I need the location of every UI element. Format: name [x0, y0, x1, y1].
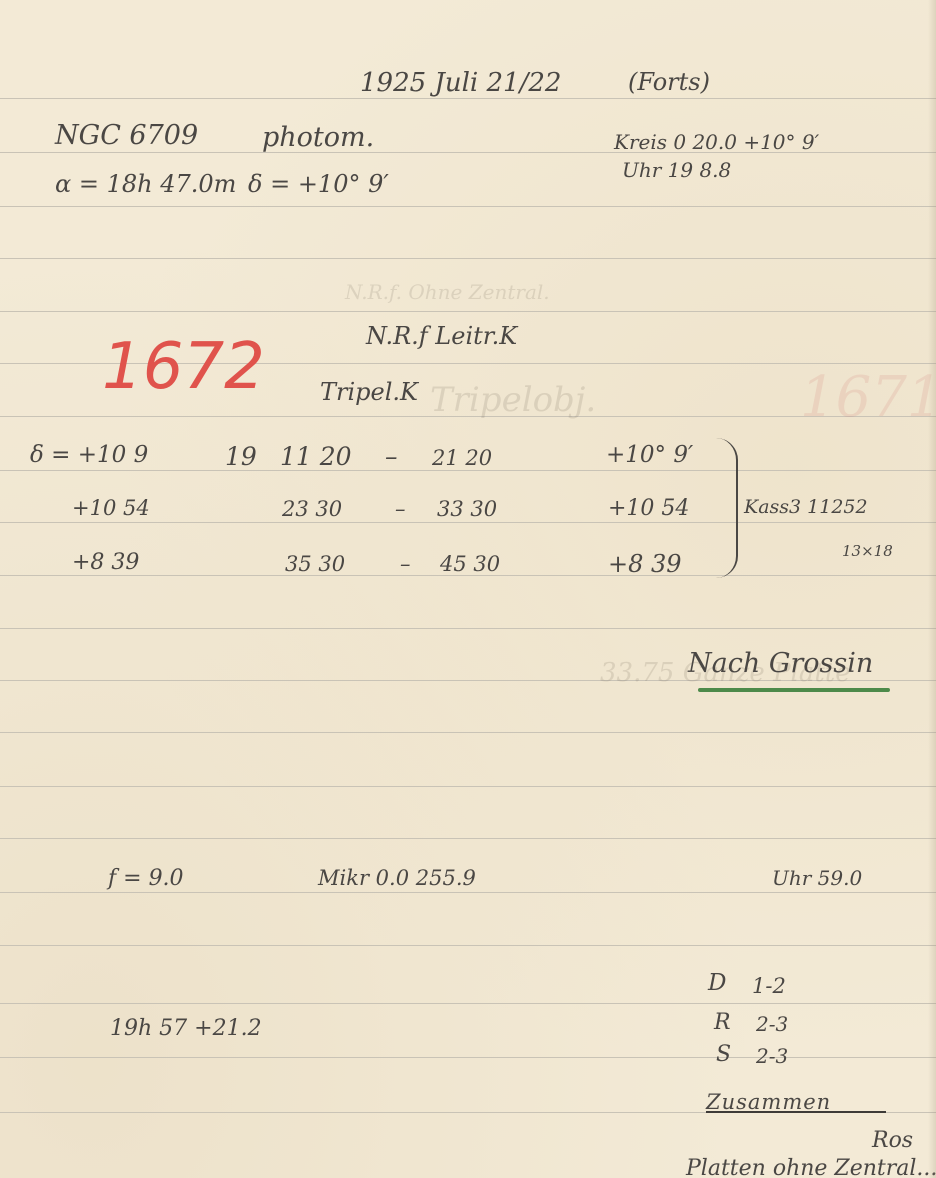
uhr-setting: Uhr 19 8.8	[622, 158, 731, 182]
underline	[706, 1111, 886, 1113]
declination: δ = +10° 9′	[248, 170, 389, 198]
note-nach-grossin: Nach Grossin	[688, 648, 873, 679]
exposure-setting: +10 54	[608, 496, 689, 521]
plate-setup-line: N.R.f Leitr.K	[366, 322, 517, 350]
exposure-setting: +10° 9′	[606, 442, 693, 468]
ruled-line	[0, 311, 936, 312]
ruled-line	[0, 838, 936, 839]
exposure-end: 33 30	[437, 497, 497, 521]
grouping-brace	[712, 438, 738, 578]
observer-initials: Ros	[872, 1128, 913, 1153]
bleed-through-text: Tripelobj.	[430, 380, 596, 420]
kreis-setting: Kreis 0 20.0 +10° 9′	[614, 130, 819, 154]
ruled-line	[0, 892, 936, 893]
observer-note: (Forts)	[628, 68, 710, 96]
ruled-line	[0, 945, 936, 946]
object-name: NGC 6709	[55, 120, 198, 151]
exposure-declination: +8 39	[72, 550, 139, 575]
time-entry: 19h 57 +21.2	[110, 1016, 262, 1041]
exposure-start: 11 20	[280, 442, 352, 471]
ruled-line	[0, 470, 936, 471]
plate-size: 13×18	[842, 542, 893, 560]
exposure-end: 45 30	[440, 552, 500, 576]
cassette-label: Kass3 11252	[744, 496, 868, 518]
micrometer-reading: Mikr 0.0 255.9	[318, 866, 476, 890]
quality-label: D	[708, 970, 726, 996]
right-ascension: α = 18h 47.0m	[55, 170, 236, 198]
logbook-page: N.R.f. Ohne Zentral. Tripelobj. 1671 33.…	[0, 0, 936, 1178]
exposure-start: 23 30	[282, 497, 342, 521]
bleed-through-number: 1671	[800, 365, 936, 430]
quality-value: 2-3	[756, 1012, 788, 1036]
quality-label: R	[714, 1010, 731, 1035]
quality-value: 2-3	[756, 1044, 788, 1068]
ruled-line	[0, 206, 936, 207]
ruled-line	[0, 732, 936, 733]
ruled-line	[0, 1003, 936, 1004]
exposure-end: 21 20	[432, 446, 492, 470]
clock-reading: Uhr 59.0	[772, 866, 862, 890]
green-underline	[698, 688, 890, 692]
method-label: photom.	[262, 122, 374, 153]
ruled-line	[0, 98, 936, 99]
ruled-line	[0, 1057, 936, 1058]
ruled-line	[0, 628, 936, 629]
exposure-declination: δ = +10 9	[30, 442, 148, 468]
plate-number: 1672	[102, 330, 265, 404]
ruled-line	[0, 522, 936, 523]
date-heading: 1925 Juli 21/22	[360, 68, 561, 98]
plate-setup-line: Tripel.K	[320, 378, 418, 406]
page-edge-shadow	[928, 0, 936, 1178]
bottom-note: Platten ohne Zentral...	[686, 1156, 936, 1178]
ruled-line	[0, 786, 936, 787]
exposure-start: 35 30	[285, 552, 345, 576]
focus-value: f = 9.0	[108, 866, 184, 891]
exposure-setting: +8 39	[608, 550, 682, 578]
exposure-declination: +10 54	[72, 496, 150, 520]
bleed-through-text: N.R.f. Ohne Zentral.	[345, 280, 550, 304]
quality-value: 1-2	[752, 974, 786, 998]
quality-label: S	[716, 1042, 731, 1067]
ruled-line	[0, 258, 936, 259]
exposure-hour: 19	[225, 442, 257, 471]
